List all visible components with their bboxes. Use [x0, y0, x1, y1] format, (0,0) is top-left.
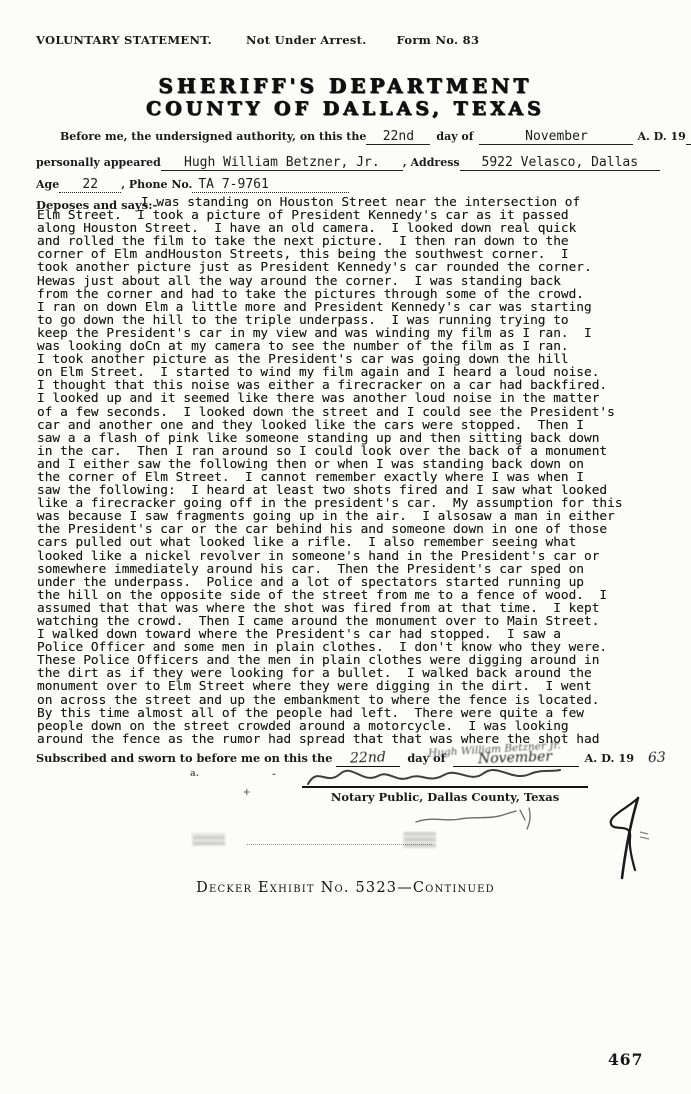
stamp-smudge-left	[193, 833, 225, 846]
intro-row-age-phone: Age 22 , Phone No. TA 7-9761	[36, 177, 660, 193]
form-header: VOLUNTARY STATEMENT. Not Under Arrest. F…	[36, 33, 496, 47]
address-field: 5922 Velasco, Dallas	[460, 155, 660, 171]
statement-line: and I either saw the following then or w…	[37, 458, 673, 471]
age-label: Age	[36, 178, 59, 191]
month-field: November	[479, 129, 633, 145]
intro-row-date: Before me, the undersigned authority, on…	[36, 129, 684, 145]
statement-line: people down on the street crowded around…	[37, 720, 673, 733]
faint-dotted-line	[247, 844, 432, 845]
statement-line: looked like a nickel revolver in someone…	[37, 550, 673, 563]
before-me-label: Before me, the undersigned authority, on…	[60, 130, 366, 143]
address-label: , Address	[403, 156, 460, 169]
statement-line: cars pulled out what looked like a rifle…	[37, 536, 673, 549]
document-page: VOLUNTARY STATEMENT. Not Under Arrest. F…	[0, 0, 691, 1094]
statement-line: car and another one and they looked like…	[37, 419, 673, 432]
notary-label: Notary Public, Dallas County, Texas	[302, 790, 588, 804]
age-field: 22	[59, 177, 121, 193]
notary-signature-line	[302, 762, 588, 788]
subscribed-label: Subscribed and sworn to before me on thi…	[36, 751, 332, 765]
ink-speck: -	[272, 770, 276, 780]
statement-line: By this time almost all of the people ha…	[37, 707, 673, 720]
pen-flourish	[596, 794, 658, 882]
page-number: 467	[608, 1050, 643, 1069]
county-title: COUNTY OF DALLAS, TEXAS	[0, 98, 691, 120]
statement-line: under the underpass. Police and a lot of…	[37, 576, 673, 589]
notary-signature	[304, 762, 566, 790]
pen-scribble-wave	[414, 806, 539, 832]
exhibit-caption: Decker Exhibit No. 5323—Continued	[0, 880, 691, 896]
statement-line: of a few seconds. I looked down the stre…	[37, 406, 673, 419]
statement-line: took another picture just as President K…	[37, 261, 673, 274]
statement-line: to go down the hill to the triple underp…	[37, 314, 673, 327]
form-number: Form No. 83	[397, 33, 480, 47]
statement-line: in the car. Then I ran around so I could…	[37, 445, 673, 458]
jurat-year-field: 63	[638, 750, 676, 766]
statement-line: saw a a flash of pink like someone stand…	[37, 432, 673, 445]
name-field: Hugh William Betzner, Jr.	[161, 155, 403, 171]
handwritten-year: 63	[648, 750, 666, 767]
form-header-left: VOLUNTARY STATEMENT.	[36, 33, 212, 47]
stamp-smudge-right	[404, 832, 436, 848]
statement-line: Hewas just about all the way around the …	[37, 275, 673, 288]
intro-row-name: personally appeared Hugh William Betzner…	[36, 155, 660, 171]
phone-label: , Phone No.	[121, 178, 192, 191]
statement-line: from the corner and had to take the pict…	[37, 288, 673, 301]
year-field: 63	[686, 129, 691, 145]
statement-line: monument over to Elm Street where they w…	[37, 680, 673, 693]
ink-speck: +	[243, 788, 251, 798]
ad-label: A. D. 19	[633, 130, 685, 143]
phone-field: TA 7-9761	[192, 177, 349, 193]
statement-line: I looked up and it seemed like there was…	[37, 392, 673, 405]
department-title: SHERIFF'S DEPARTMENT	[0, 74, 691, 98]
statement-body: I was standing on Houston Street near th…	[37, 196, 673, 746]
day-field: 22nd	[366, 129, 430, 145]
form-header-center: Not Under Arrest.	[246, 33, 367, 47]
statement-line: on across the street and up the embankme…	[37, 694, 673, 707]
appeared-label: personally appeared	[36, 156, 161, 169]
day-of-label: day of	[430, 130, 479, 143]
statement-line: the hill on the opposite side of the str…	[37, 589, 673, 602]
statement-line: somewhere immediately around his car. Th…	[37, 563, 673, 576]
ink-speck: a.	[190, 769, 199, 779]
statement-line: I ran on down Elm a little more and Pres…	[37, 301, 673, 314]
